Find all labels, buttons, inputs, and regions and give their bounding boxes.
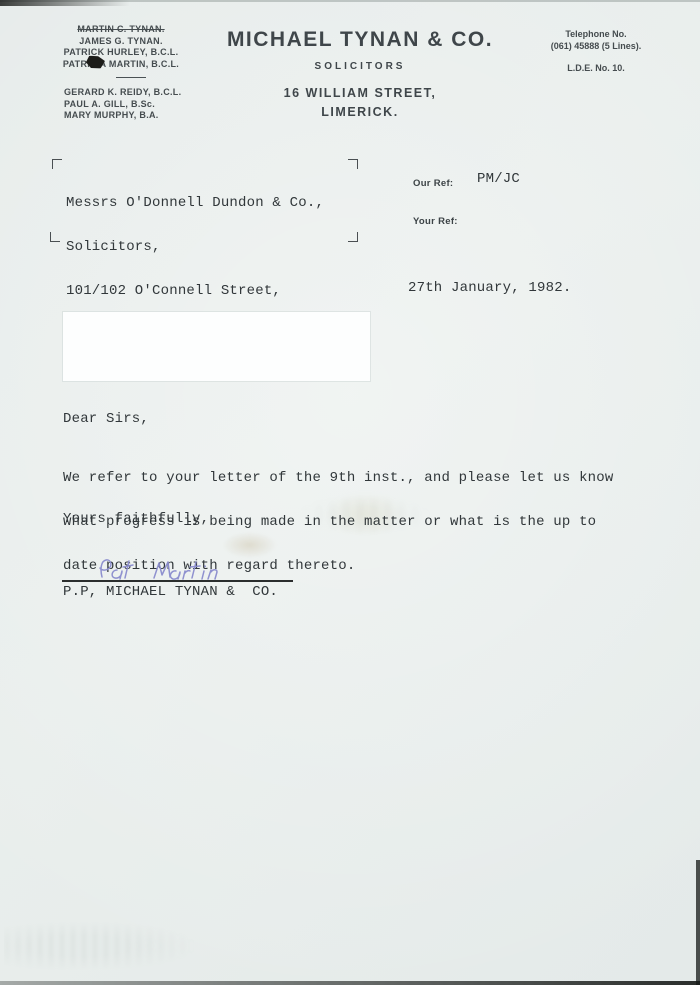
firm-name: MICHAEL TYNAN & CO. xyxy=(225,28,495,52)
firm-descriptor: SOLICITORS xyxy=(225,61,495,72)
our-ref-value: PM/JC xyxy=(477,172,520,187)
signed-on-behalf: P.P, MICHAEL TYNAN & CO. xyxy=(63,585,278,600)
partner-name: JAMES G. TYNAN. xyxy=(40,36,202,48)
recipient-line: Solicitors, xyxy=(66,240,324,255)
address-corner-bottom-left xyxy=(50,232,60,242)
scan-right-edge xyxy=(696,860,700,985)
partner-name-struck: MARTIN C. TYNAN. xyxy=(40,24,202,36)
date-line: 27th January, 1982. xyxy=(408,281,571,296)
show-through-ghost-text xyxy=(4,922,194,970)
your-ref-label: Your Ref: xyxy=(413,216,458,227)
our-ref-label: Our Ref: xyxy=(413,178,453,189)
telephone-block: Telephone No. (061) 45888 (5 Lines). L.D… xyxy=(528,28,664,74)
firm-header: MICHAEL TYNAN & CO. SOLICITORS 16 WILLIA… xyxy=(225,28,495,119)
address-corner-bottom-right xyxy=(348,232,358,242)
partner-name: GERARD K. REIDY, B.C.L. xyxy=(64,87,181,99)
salutation: Dear Sirs, xyxy=(63,412,149,427)
lde-number: L.D.E. No. 10. xyxy=(528,62,664,74)
body-line: We refer to your letter of the 9th inst.… xyxy=(63,471,614,486)
partner-name: PATRICK HURLEY, B.C.L. xyxy=(40,47,202,59)
partners-divider-rule xyxy=(116,77,146,78)
firm-city: LIMERICK. xyxy=(225,105,495,119)
partner-name: PAUL A. GILL, B.Sc. xyxy=(64,99,181,111)
partner-name: MARY MURPHY, B.A. xyxy=(64,110,181,122)
partner-name: PATRICIA MARTIN, B.C.L. xyxy=(40,59,202,71)
signature-rule xyxy=(62,580,293,582)
address-corner-top-left xyxy=(52,159,62,169)
address-corner-top-right xyxy=(348,159,358,169)
scan-bottom-edge xyxy=(0,981,700,985)
recipient-line: 101/102 O'Connell Street, xyxy=(66,284,324,299)
closing-salutation: Yours faithfully, xyxy=(63,512,209,527)
partners-list-junior: GERARD K. REIDY, B.C.L. PAUL A. GILL, B.… xyxy=(64,87,181,122)
recipient-line: Messrs O'Donnell Dundon & Co., xyxy=(66,196,324,211)
scan-top-left-shadow xyxy=(0,0,130,6)
telephone-label: Telephone No. xyxy=(528,28,664,40)
partners-list-senior: MARTIN C. TYNAN. JAMES G. TYNAN. PATRICK… xyxy=(40,24,202,70)
redaction-box xyxy=(63,312,370,381)
firm-street: 16 WILLIAM STREET, xyxy=(225,86,495,100)
letter-page: MARTIN C. TYNAN. JAMES G. TYNAN. PATRICK… xyxy=(0,0,700,985)
telephone-value: (061) 45888 (5 Lines). xyxy=(528,40,664,52)
